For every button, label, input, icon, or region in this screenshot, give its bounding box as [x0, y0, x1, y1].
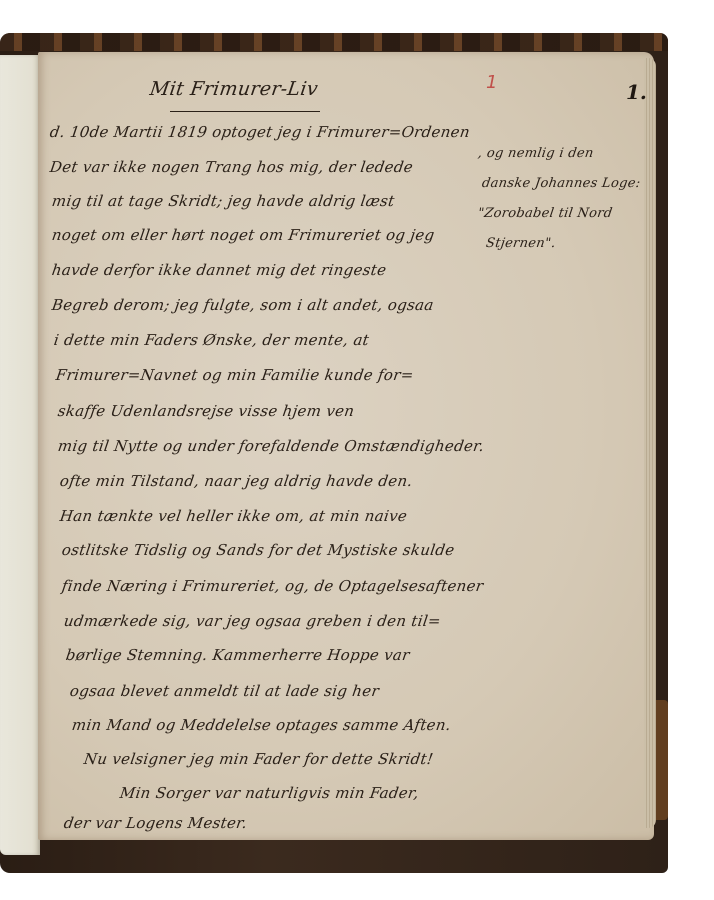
text-line: ofte min Tilstand, naar jeg aldrig havde… [59, 472, 414, 490]
pencil-folio-number: 1 [486, 72, 497, 93]
text-line: Min Sorger var naturligvis min Fader, [119, 784, 420, 802]
text-line: Han tænkte vel heller ikke om, at min na… [59, 507, 409, 525]
facing-leaf [0, 55, 40, 855]
cover-wear-top [0, 33, 668, 51]
text-line: Begreb derom; jeg fulgte, som i alt ande… [51, 296, 435, 314]
text-line: skaffe Udenlandsrejse visse hjem ven [57, 402, 356, 420]
text-line: Nu velsigner jeg min Fader for dette Skr… [83, 750, 435, 768]
text-line: Frimurer=Navnet og min Familie kunde for… [55, 366, 415, 384]
page-title: Mit Frimurer-Liv [148, 78, 319, 100]
text-line: mig til at tage Skridt; jeg havde aldrig… [51, 192, 396, 210]
text-line: d. 10de Martii 1819 optoget jeg i Frimur… [49, 123, 471, 141]
text-line: noget om eller hørt noget om Frimureriet… [51, 226, 436, 244]
text-line: min Mand og Meddelelse optages samme Aft… [71, 716, 452, 734]
text-line: børlige Stemning. Kammerherre Hoppe var [65, 646, 411, 664]
margin-note-line: , og nemlig i den [477, 146, 595, 161]
text-line: udmærkede sig, var jeg ogsaa greben i de… [63, 612, 442, 630]
margin-note-line: "Zorobabel til Nord [477, 206, 613, 221]
text-line: der var Logens Mester. [63, 814, 249, 832]
margin-note-line: danske Johannes Loge: [481, 176, 641, 191]
page-edges [644, 58, 656, 828]
text-line: havde derfor ikke dannet mig det ringest… [51, 261, 388, 279]
text-line: i dette min Faders Ønske, der mente, at [53, 331, 371, 349]
text-line: ostlitske Tidslig og Sands for det Mysti… [61, 541, 456, 559]
ink-page-number: 1. [626, 80, 647, 104]
text-line: finde Næring i Frimureriet, og, de Optag… [61, 577, 485, 595]
text-line: Det var ikke nogen Trang hos mig, der le… [49, 158, 415, 176]
text-line: mig til Nytte og under forefaldende Omst… [57, 437, 486, 455]
margin-note-line: Stjernen". [485, 236, 557, 251]
text-line: ogsaa blevet anmeldt til at lade sig her [69, 682, 381, 700]
title-underline [170, 111, 320, 112]
